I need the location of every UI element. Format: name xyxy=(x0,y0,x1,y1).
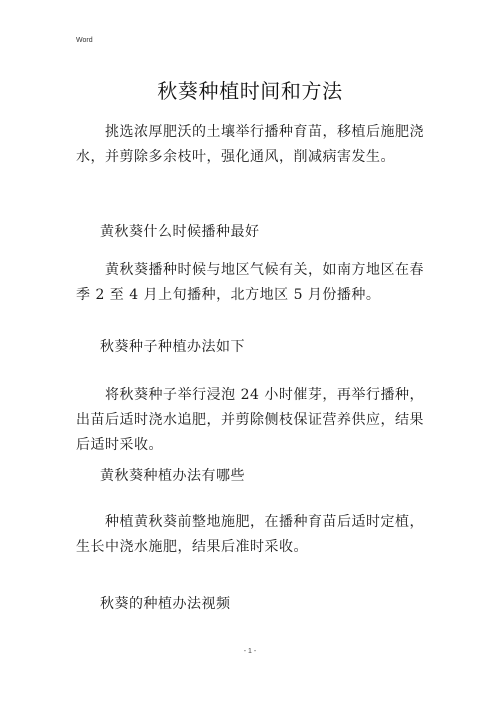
paragraph-planting-methods: 种植黄秋葵前整地施肥，在播种育苗后适时定植，生长中浇水施肥，结果后准时采收。 xyxy=(76,510,424,560)
paragraph-seed-planting: 将秋葵种子举行浸泡 24 小时催芽，再举行播种，出苗后适时浇水追肥，并剪除侧枝保… xyxy=(76,383,424,458)
document-title: 秋葵种植时间和方法 xyxy=(0,78,500,104)
document-page: Word 秋葵种植时间和方法 挑选浓厚肥沃的土壤举行播种育苗，移植后施肥浇水，并… xyxy=(0,0,500,707)
page-header-label: Word xyxy=(76,36,93,45)
section-heading-seed-planting-method: 秋葵种子种植办法如下 xyxy=(76,335,424,360)
paragraph-sowing-time: 黄秋葵播种时候与地区气候有关，如南方地区在春季 2 至 4 月上旬播种，北方地区… xyxy=(76,258,424,308)
section-heading-planting-methods: 黄秋葵种植办法有哪些 xyxy=(76,464,424,489)
section-heading-best-sowing-time: 黄秋葵什么时候播种最好 xyxy=(76,220,424,245)
paragraph-intro: 挑选浓厚肥沃的土壤举行播种育苗，移植后施肥浇水，并剪除多余枝叶，强化通风，削减病… xyxy=(76,120,424,170)
page-number: - 1 - xyxy=(0,648,500,655)
section-heading-planting-video: 秋葵的种植办法视频 xyxy=(76,592,424,617)
